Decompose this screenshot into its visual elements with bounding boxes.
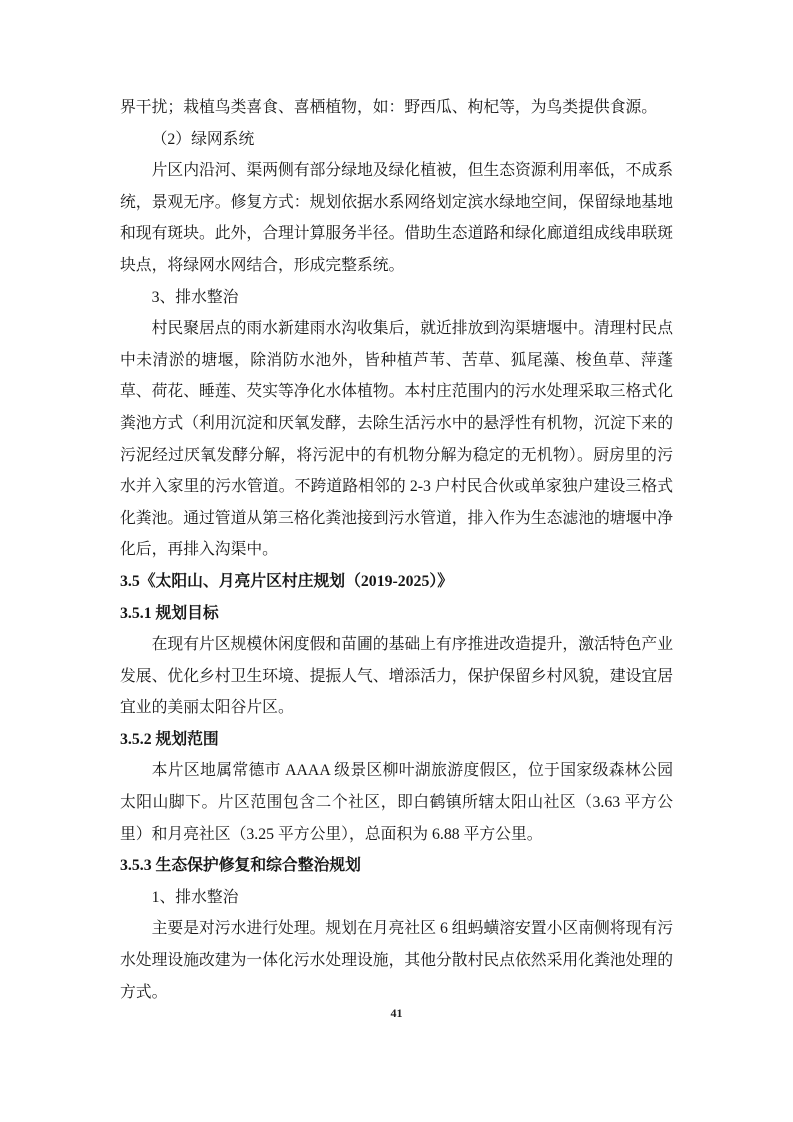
section-heading: 3.5《太阳山、月亮片区村庄规划（2019-2025）》 [120, 566, 673, 598]
paragraph: 片区内沿河、渠两侧有部分绿地及绿化植被，但生态资源利用率低，不成系统，景观无序。… [120, 155, 673, 281]
paragraph: 界干扰；栽植鸟类喜食、喜栖植物，如：野西瓜、枸杞等，为鸟类提供食源。 [120, 92, 673, 124]
section-heading: 3.5.2 规划范围 [120, 724, 673, 756]
paragraph: 在现有片区规模休闲度假和苗圃的基础上有序推进改造提升，激活特色产业发展、优化乡村… [120, 629, 673, 724]
paragraph: 本片区地属常德市 AAAA 级景区柳叶湖旅游度假区，位于国家级森林公园太阳山脚下… [120, 755, 673, 850]
document-page: 界干扰；栽植鸟类喜食、喜栖植物，如：野西瓜、枸杞等，为鸟类提供食源。（2）绿网系… [0, 0, 793, 1122]
paragraph: 3、排水整治 [120, 282, 673, 314]
document-body: 界干扰；栽植鸟类喜食、喜栖植物，如：野西瓜、枸杞等，为鸟类提供食源。（2）绿网系… [120, 92, 673, 1008]
section-heading: 3.5.3 生态保护修复和综合整治规划 [120, 850, 673, 882]
section-heading: 3.5.1 规划目标 [120, 598, 673, 630]
paragraph: 1、排水整治 [120, 882, 673, 914]
paragraph: 村民聚居点的雨水新建雨水沟收集后，就近排放到沟渠塘堰中。清理村民点中未清淤的塘堰… [120, 313, 673, 566]
paragraph: 主要是对污水进行处理。规划在月亮社区 6 组蚂蟥溶安置小区南侧将现有污水处理设施… [120, 913, 673, 1008]
page-number: 41 [0, 1006, 793, 1021]
paragraph: （2）绿网系统 [120, 124, 673, 156]
